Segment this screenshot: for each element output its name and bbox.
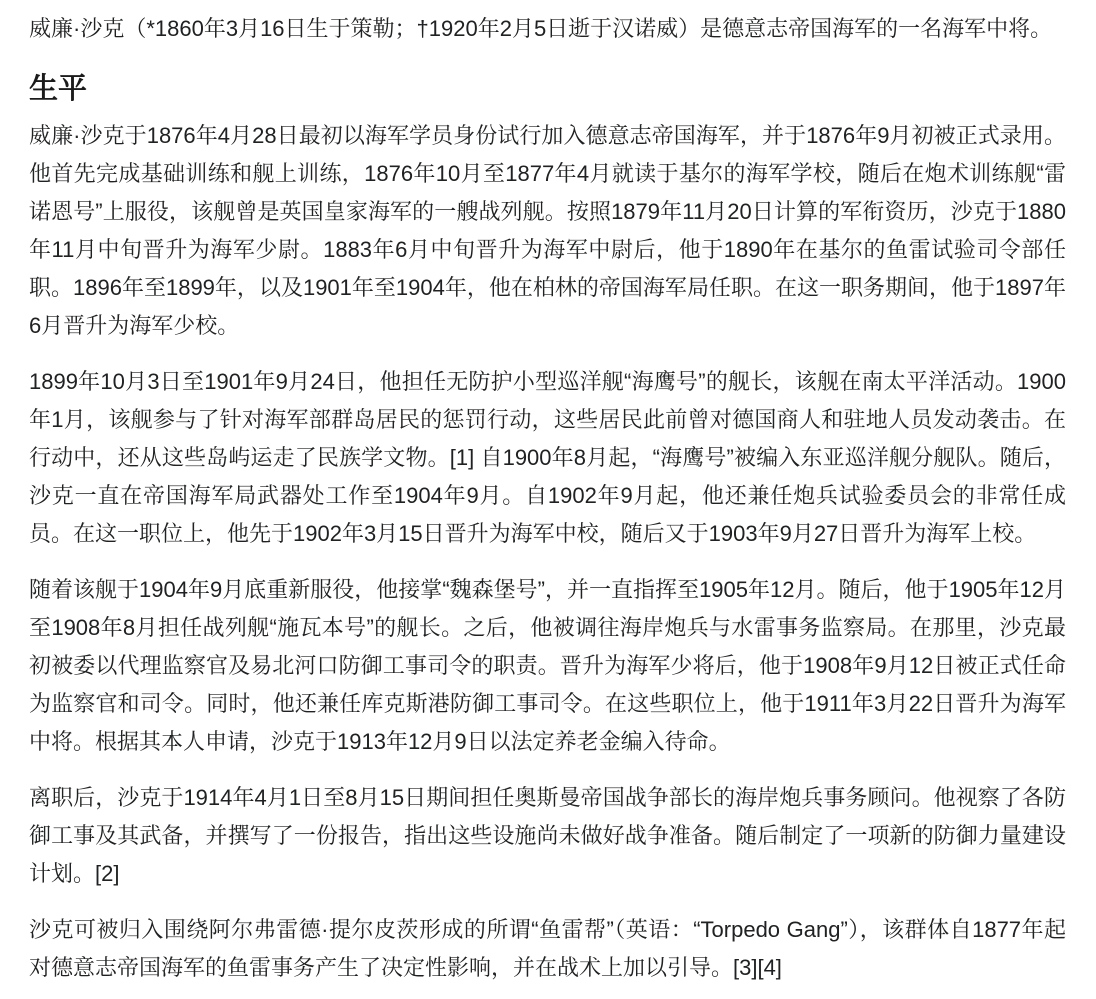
paragraph-4: 离职后，沙克于1914年4月1日至8月15日期间担任奥斯曼帝国战争部长的海岸炮兵…	[29, 779, 1066, 893]
section-body: 威廉·沙克于1876年4月28日最初以海军学员身份试行加入德意志帝国海军，并于1…	[29, 117, 1066, 987]
paragraph-1: 威廉·沙克于1876年4月28日最初以海军学员身份试行加入德意志帝国海军，并于1…	[29, 117, 1066, 345]
section-heading-biography: 生平	[29, 72, 1066, 106]
paragraph-3: 随着该舰于1904年9月底重新服役，他接掌“魏森堡号”，并一直指挥至1905年1…	[29, 571, 1066, 761]
paragraph-2: 1899年10月3日至1901年9月24日，他担任无防护小型巡洋舰“海鹰号”的舰…	[29, 363, 1066, 553]
article-page: 威廉·沙克（*1860年3月16日生于策勒；†1920年2月5日逝于汉诺威）是德…	[0, 0, 1096, 999]
paragraph-5: 沙克可被归入围绕阿尔弗雷德·提尔皮茨形成的所谓“鱼雷帮”（英语：“Torpedo…	[29, 911, 1066, 987]
article-intro: 威廉·沙克（*1860年3月16日生于策勒；†1920年2月5日逝于汉诺威）是德…	[29, 10, 1066, 48]
